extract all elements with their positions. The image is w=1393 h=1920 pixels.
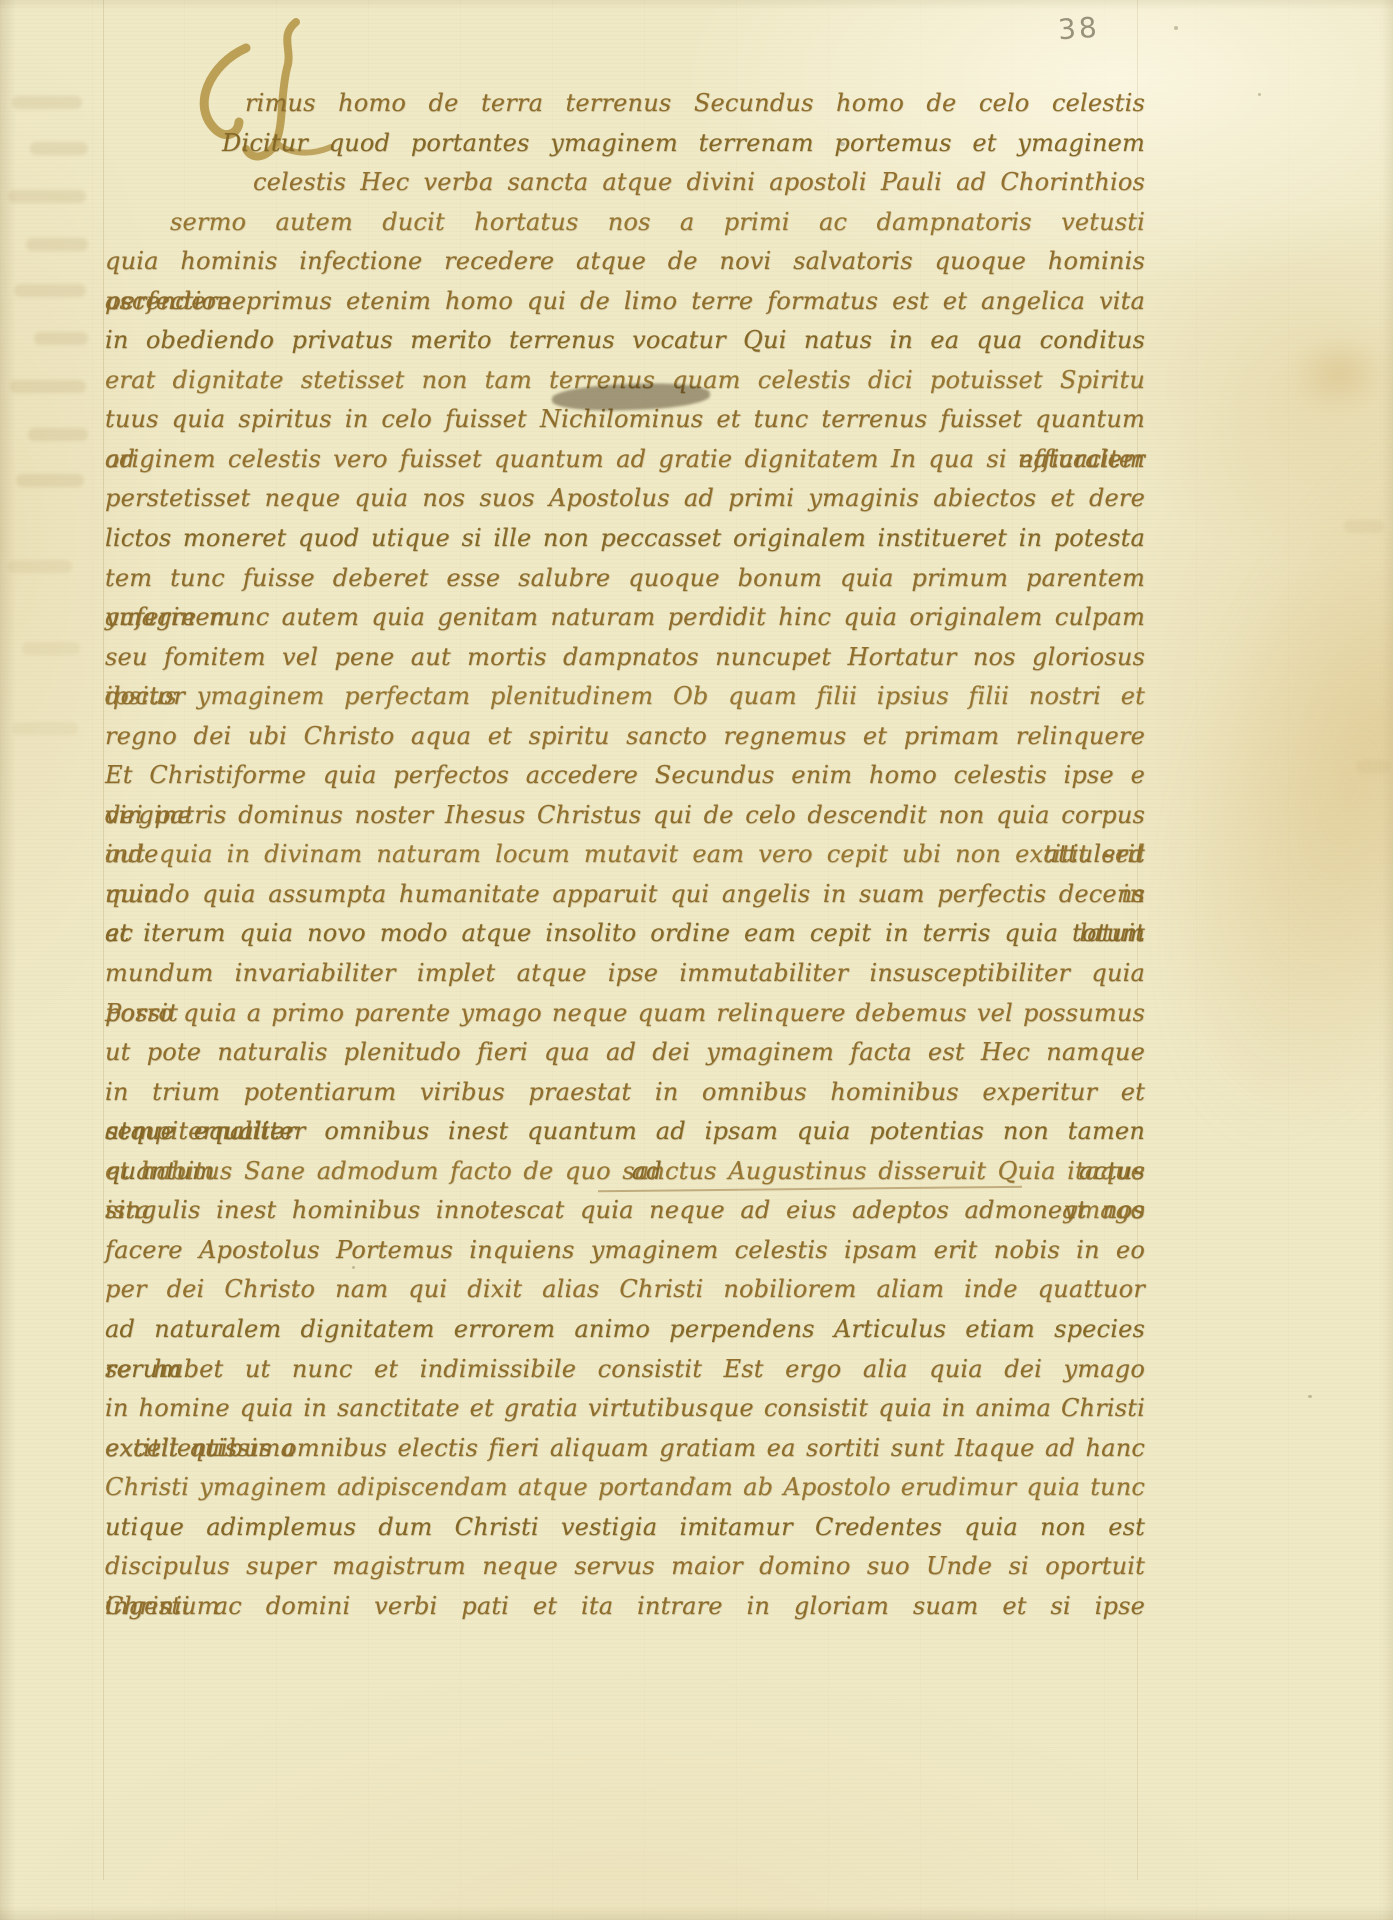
manuscript-line: singulis inest hominibus innotescat quia…	[105, 1191, 1145, 1231]
manuscript-line: quia hominis infectione recedere atque d…	[105, 242, 1145, 282]
bleedthrough-mark	[26, 238, 88, 251]
manuscript-line: aut quia in divinam naturam locum mutavi…	[105, 835, 1145, 875]
bleedthrough-mark	[12, 722, 78, 735]
folio-number: 38	[1057, 11, 1101, 47]
manuscript-line: ascendere primus etenim homo qui de limo…	[105, 282, 1145, 322]
bleedthrough-mark	[22, 642, 80, 655]
manuscript-line: lictos moneret quod utique si ille non p…	[105, 519, 1145, 559]
manuscript-line: rimus homo de terra terrenus Secundus ho…	[105, 84, 1145, 124]
paper-speck	[840, 142, 845, 146]
bleedthrough-mark	[1344, 520, 1384, 533]
manuscript-line: regno dei ubi Christo aqua et spiritu sa…	[105, 717, 1145, 757]
manuscript-line: in homine quia in sanctitate et gratia v…	[105, 1389, 1145, 1429]
bleedthrough-mark	[8, 190, 86, 203]
manuscript-page: 38 P rimus homo de terra terrenus Secund…	[0, 0, 1393, 1920]
paper-speck	[1174, 26, 1178, 30]
manuscript-line: sermo autem ducit hortatus nos a primi a…	[105, 203, 1145, 243]
manuscript-line: in trium potentiarum viribus praestat in…	[105, 1073, 1145, 1113]
bleedthrough-mark	[28, 428, 88, 441]
manuscript-line: atque equaliter omnibus inest quantum ad…	[105, 1112, 1145, 1152]
water-stain-blob	[1285, 330, 1393, 416]
manuscript-line: Et Christiforme quia perfectos accedere …	[105, 756, 1145, 796]
bleedthrough-mark	[30, 142, 88, 155]
paper-speck	[693, 1477, 696, 1480]
bleedthrough-mark	[16, 474, 84, 487]
bleedthrough-mark	[34, 332, 88, 345]
manuscript-line: ingenii ac domini verbi pati et ita intr…	[105, 1587, 1145, 1627]
manuscript-line: extitit quibus omnibus electis fieri ali…	[105, 1429, 1145, 1469]
manuscript-line: originem celestis vero fuisset quantum a…	[105, 440, 1145, 480]
manuscript-text-block: rimus homo de terra terrenus Secundus ho…	[105, 84, 1145, 1626]
manuscript-line: in obediendo privatus merito terrenus vo…	[105, 321, 1145, 361]
manuscript-line: discipulus super magistrum neque servus …	[105, 1547, 1145, 1587]
bleedthrough-mark	[1356, 760, 1390, 773]
paper-speck	[1258, 93, 1261, 96]
manuscript-line: se habet ut nunc et indimissibile consis…	[105, 1350, 1145, 1390]
manuscript-line: tem tunc fuisse deberet esse salubre quo…	[105, 559, 1145, 599]
manuscript-line: perstetisset neque quia nos suos Apostol…	[105, 479, 1145, 519]
manuscript-line: Christi ymaginem adipiscendam atque port…	[105, 1468, 1145, 1508]
manuscript-line: dei patris dominus noster Ihesus Christu…	[105, 796, 1145, 836]
bleedthrough-mark	[12, 96, 82, 109]
manuscript-line: ad naturalem dignitatem errorem animo pe…	[105, 1310, 1145, 1350]
paper-speck	[352, 1266, 355, 1269]
ruling-line-left	[103, 0, 104, 1880]
manuscript-line: per dei Christo nam qui dixit alias Chri…	[105, 1270, 1145, 1310]
manuscript-line: seu fomitem vel pene aut mortis dampnato…	[105, 638, 1145, 678]
manuscript-line: utique adimplemus dum Christi vestigia i…	[105, 1508, 1145, 1548]
paper-speck	[1308, 1395, 1312, 1398]
manuscript-line: ut pote naturalis plenitudo fieri qua ad…	[105, 1033, 1145, 1073]
manuscript-line: mundum invariabiliter implet atque ipse …	[105, 954, 1145, 994]
manuscript-line: celestis Hec verba sancta atque divini a…	[105, 163, 1145, 203]
manuscript-line: et iterum quia novo modo atque insolito …	[105, 914, 1145, 954]
manuscript-line: auferre nunc autem quia genitam naturam …	[105, 598, 1145, 638]
bleedthrough-mark	[8, 560, 72, 573]
bleedthrough-mark	[10, 380, 86, 393]
bleedthrough-mark	[14, 284, 86, 297]
manuscript-line: mundo quia assumpta humanitate apparuit …	[105, 875, 1145, 915]
manuscript-line: facere Apostolus Portemus inquiens ymagi…	[105, 1231, 1145, 1271]
manuscript-line: Dicitur quod portantes ymaginem terrenam…	[105, 124, 1145, 164]
manuscript-line: ipsius ymaginem perfectam plenitudinem O…	[105, 677, 1145, 717]
manuscript-line: Porro quia a primo parente ymago neque q…	[105, 994, 1145, 1034]
